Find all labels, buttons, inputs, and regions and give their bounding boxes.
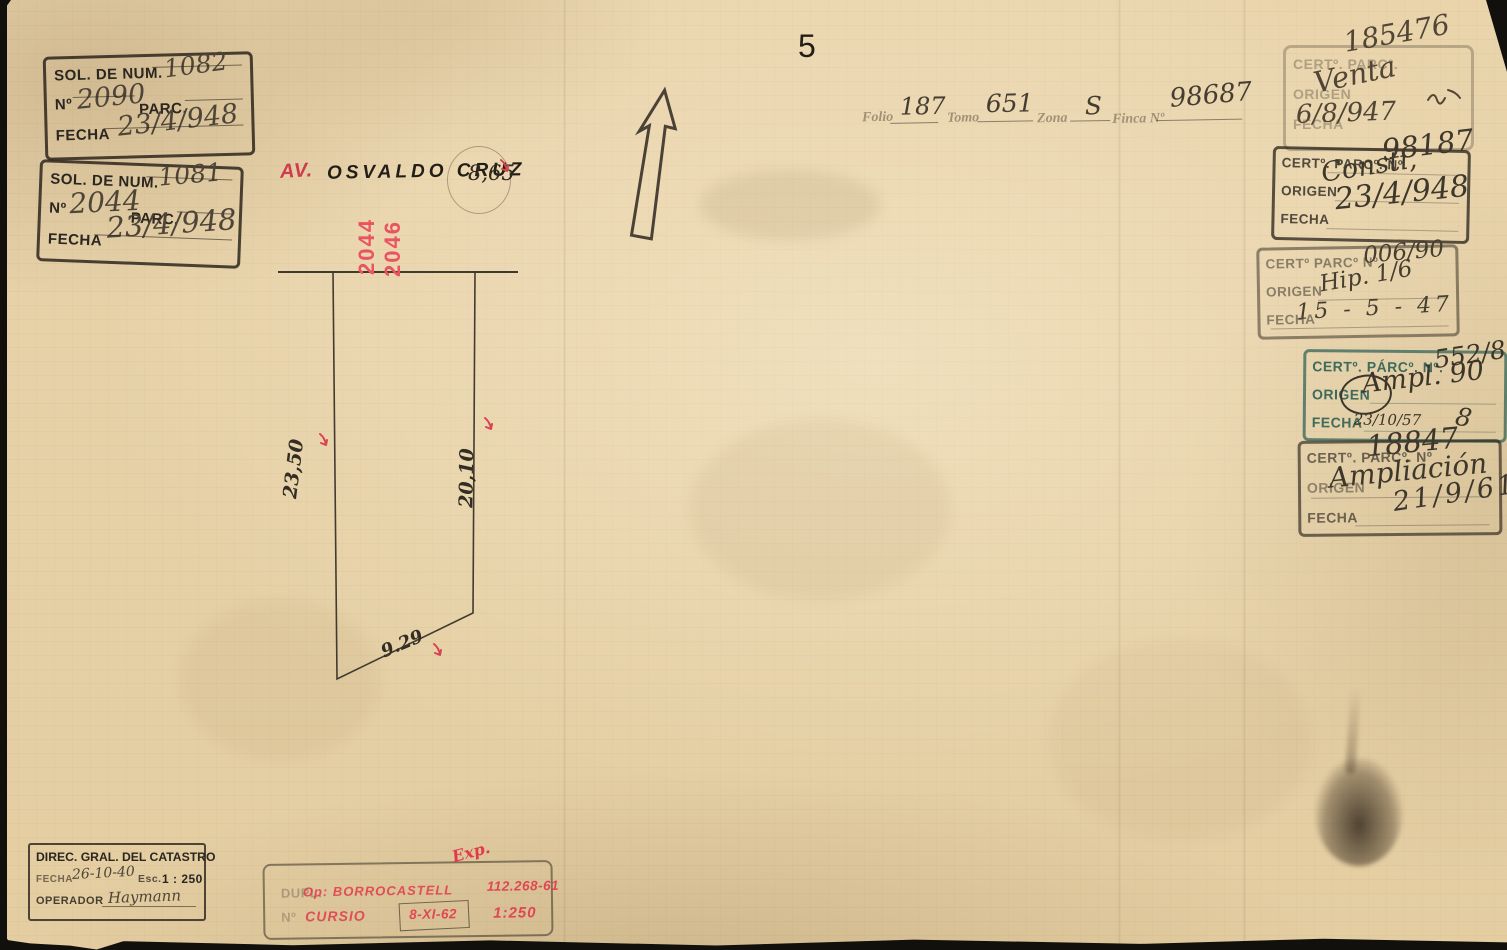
catastro-esc-label: Esc. (138, 873, 162, 885)
zona-value: S (1085, 91, 1103, 120)
catastro-operador-value: Haymann (108, 886, 182, 907)
handwritten-flourish (1426, 86, 1462, 106)
parcel-number-right: 2046 (380, 205, 406, 277)
revision-name: CURSIO (305, 908, 366, 925)
zona-label: Zona (1037, 111, 1068, 128)
scan-edge-corner-bl (0, 928, 100, 950)
check-mark-icon (430, 642, 446, 660)
rule (890, 122, 938, 124)
ink-blot (1315, 758, 1403, 866)
parcel-outline (260, 260, 560, 690)
sol-stamp-2: SOL. DE NUM. 1081 Nº 2044 PARC. FECHA 23… (36, 159, 244, 269)
registry-line: Folio 187 Tomo 651 Zona S Finca Nº 98687 (856, 85, 1249, 140)
rule (102, 906, 196, 907)
catastro-fecha-label: FECHA (36, 874, 73, 885)
cert-number: 185476 (1341, 8, 1452, 59)
sol-no-label: Nº (55, 96, 73, 113)
rule (1070, 120, 1110, 122)
cert-stamp-5: CERTº. PARCº. Nº ORIGEN FECHA 18847 Ampl… (1298, 439, 1503, 537)
revision-boxed-date: 8-XI-62 (409, 906, 457, 922)
paper-crease (1243, 0, 1246, 950)
catastro-esc-value: 1 : 250 (162, 872, 203, 886)
folio-label: Folio (862, 110, 893, 127)
sol-num-value: 1081 (157, 157, 223, 191)
cert-fecha-label: FECHA (1280, 211, 1329, 227)
parcel-number-left: 2044 (354, 203, 380, 275)
street-prefix: AV. (279, 159, 313, 184)
scanned-cadastral-sheet: 5 SOL. DE NUM. 1082 Nº 2090 PARC. FECHA … (0, 0, 1507, 950)
catastro-operador-label: OPERADOR (36, 895, 104, 907)
north-arrow-icon (625, 87, 686, 241)
side-right-measure: 20,10 (455, 422, 478, 508)
page-number: 5 (798, 28, 816, 65)
revision-faint-label-2: Nº (281, 910, 296, 925)
catastro-title: DIREC. GRAL. DEL CATASTRO (36, 850, 215, 864)
revision-stamp: DUPL. Op: BORROCASTELL Exp. 112.268-61 N… (262, 860, 553, 940)
revision-op-line: Op: BORROCASTELL (303, 882, 454, 899)
scan-edge-left (0, 0, 7, 950)
tomo-value: 651 (986, 88, 1034, 118)
rule (1326, 228, 1458, 232)
paper-stain (1050, 640, 1310, 840)
check-mark-icon (497, 158, 513, 176)
paper-stain (700, 170, 880, 240)
paper-crease (1118, 0, 1121, 950)
tomo-label: Tomo (947, 110, 979, 127)
scan-edge-corner-tr (1477, 0, 1507, 72)
paper-crease (563, 0, 566, 950)
revision-exp-number: 112.268-61 (487, 878, 560, 894)
revision-exp-label: Exp. (450, 838, 492, 866)
sol-stamp-1: SOL. DE NUM. 1082 Nº 2090 PARC. FECHA 23… (43, 51, 256, 160)
cert-stamp-2: CERTº. PARCº. Nº ORIGEN FECHA 98187 Cons… (1271, 146, 1471, 244)
catastro-stamp: DIREC. GRAL. DEL CATASTRO FECHA 26-10-40… (28, 843, 206, 921)
paper-stain (690, 420, 950, 600)
rule (977, 120, 1033, 122)
sol-fecha-label: FECHA (56, 126, 111, 144)
folio-value: 187 (900, 92, 946, 121)
finca-value: 98687 (1168, 77, 1253, 114)
revision-scale: 1:250 (493, 904, 537, 922)
cert-fecha-value: 6/8/947 (1295, 97, 1396, 130)
cert-fecha-label: FECHA (1307, 509, 1358, 525)
sol-no-label: Nº (49, 200, 67, 218)
rule (1156, 119, 1242, 122)
rule (1355, 524, 1489, 526)
check-mark-icon (481, 416, 497, 434)
catastro-fecha-value: 26-10-40 (72, 864, 136, 883)
cert-origen-label: ORIGEN (1266, 284, 1323, 300)
cert-stamp-3: CERTº PARCº Nº ORIGEN FECHA 006/90 Hip. … (1256, 244, 1460, 340)
check-mark-icon (316, 432, 332, 450)
